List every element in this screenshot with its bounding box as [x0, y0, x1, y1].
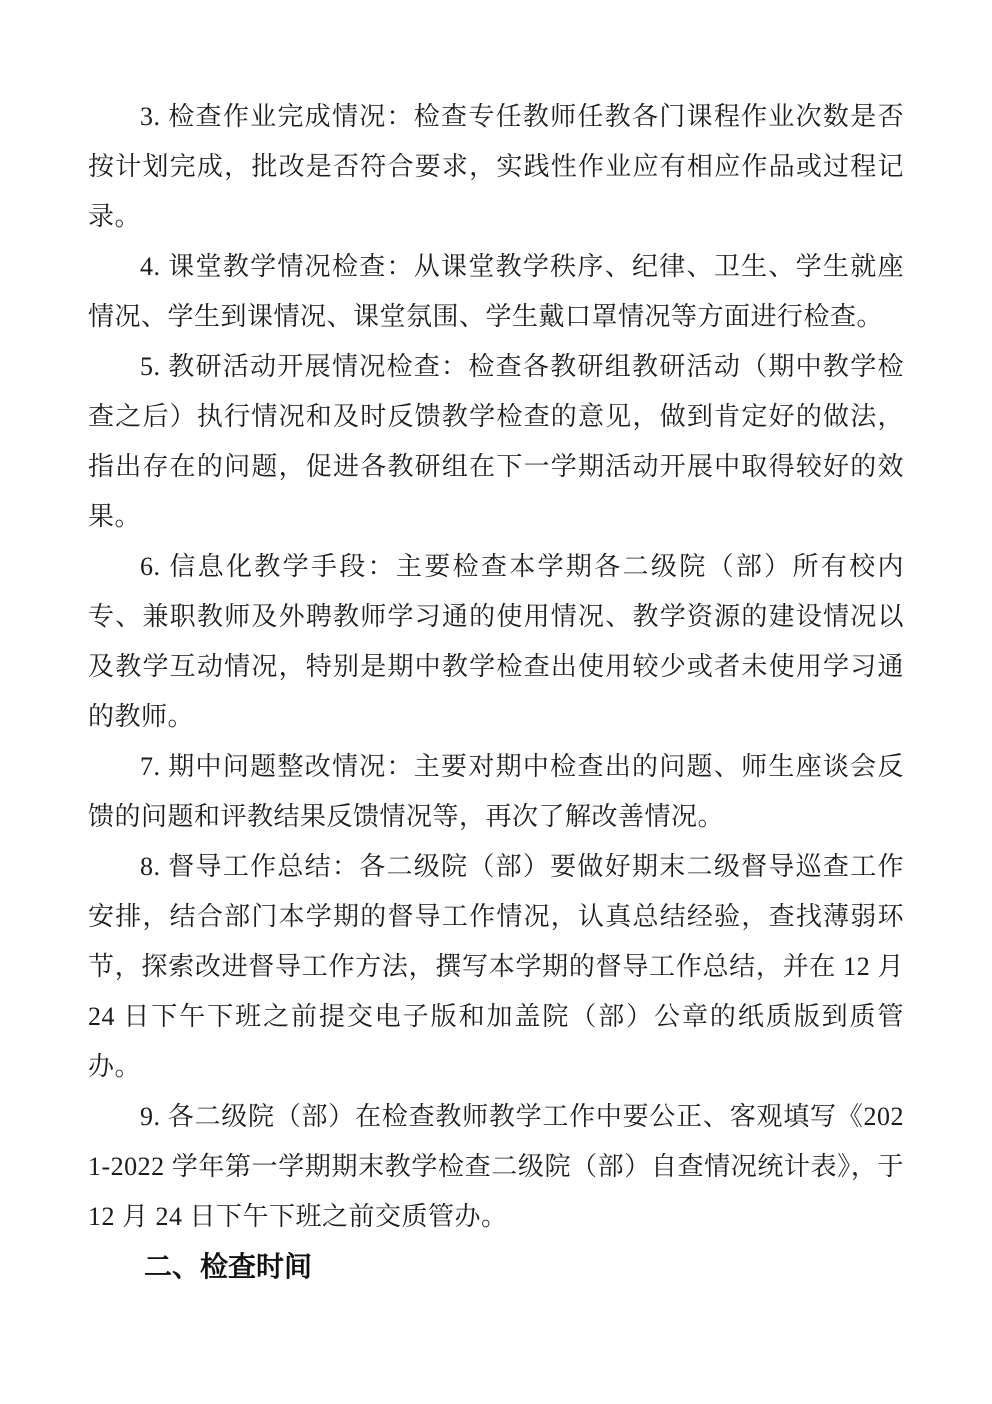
paragraph-item-3: 3. 检查作业完成情况：检查专任教师任教各门课程作业次数是否按计划完成，批改是否… — [88, 92, 904, 242]
paragraph-item-4: 4. 课堂教学情况检查：从课堂教学秩序、纪律、卫生、学生就座情况、学生到课情况、… — [88, 242, 904, 342]
document-page: 3. 检查作业完成情况：检查专任教师任教各门课程作业次数是否按计划完成，批改是否… — [0, 0, 992, 1404]
paragraph-item-7: 7. 期中问题整改情况：主要对期中检查出的问题、师生座谈会反馈的问题和评教结果反… — [88, 742, 904, 842]
section-heading-check-time: 二、检查时间 — [88, 1242, 904, 1292]
paragraph-item-5: 5. 教研活动开展情况检查：检查各教研组教研活动（期中教学检查之后）执行情况和及… — [88, 342, 904, 542]
paragraph-item-9: 9. 各二级院（部）在检查教师教学工作中要公正、客观填写《2021-2022 学… — [88, 1092, 904, 1242]
paragraph-item-8: 8. 督导工作总结：各二级院（部）要做好期末二级督导巡查工作安排，结合部门本学期… — [88, 842, 904, 1092]
paragraph-item-6: 6. 信息化教学手段：主要检查本学期各二级院（部）所有校内专、兼职教师及外聘教师… — [88, 542, 904, 742]
